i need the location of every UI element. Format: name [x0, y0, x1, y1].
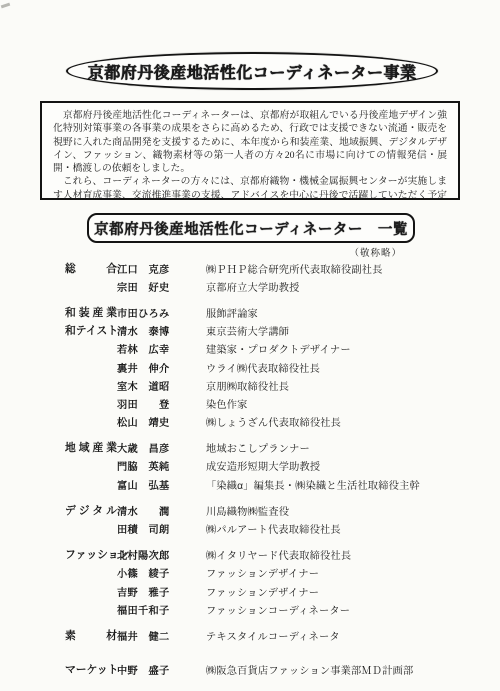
coordinator-list: 総 合江口 克彦㈱ＰＨＰ総合研究所代表取締役副社長宗田 好史京都府立大学助教授和…	[65, 259, 482, 679]
member-title: テキスタイルコーディネータ	[206, 628, 482, 643]
member-title: 服飾評論家	[206, 305, 482, 320]
coordinator-row: 地域産業大歳 昌彦地域おこしプランナー	[65, 439, 482, 457]
category-label: 地域産業	[65, 440, 117, 455]
member-title: ㈱阪急百貨店ファッション事業部ＭＤ計画部	[206, 662, 482, 677]
member-title: ウライ㈱代表取締役社長	[206, 360, 482, 375]
coordinator-row: 羽田 登染色作家	[65, 394, 482, 412]
coordinator-row: 吉野 雅子ファッションデザイナー	[65, 582, 482, 600]
member-name: 宗田 好史	[117, 279, 206, 294]
member-name: 清水 潤	[117, 503, 206, 518]
member-title: 東京芸術大学講師	[206, 323, 482, 338]
category-label: ファッション	[65, 547, 117, 562]
category-label: 和装産業	[65, 305, 117, 320]
coordinator-row: ファッション北村陽次郎㈱イタリヤード代表取締役社長	[65, 546, 482, 564]
member-name: 富山 弘基	[117, 477, 206, 492]
coordinator-section: 素 材福井 健二テキスタイルコーディネータ	[65, 626, 482, 644]
member-title: ㈱ＰＨＰ総合研究所代表取締役副社長	[206, 261, 482, 276]
category-label: デジタル	[65, 503, 117, 518]
member-title: 地域おこしプランナー	[206, 440, 482, 455]
member-name: 門脇 英純	[117, 458, 206, 473]
coordinator-section: 地域産業大歳 昌彦地域おこしプランナー門脇 英純成安造形短期大学助教授富山 弘基…	[65, 439, 482, 494]
scan-artifact	[1, 3, 10, 9]
coordinator-row: マーケット中野 盛子㈱阪急百貨店ファッション事業部ＭＤ計画部	[65, 661, 482, 679]
coordinator-row: 小篠 綾子ファッションデザイナー	[65, 564, 482, 582]
coordinator-row: 和装産業市田ひろみ服飾評論家	[65, 303, 482, 321]
coordinator-row: 松山 靖史㈱しょうざん代表取締役社長	[65, 413, 482, 431]
coordinator-section: デジタル清水 潤川島織物㈱監査役田積 司朗㈱パルアート代表取締役社長	[65, 501, 482, 537]
member-name: 田積 司朗	[117, 521, 206, 536]
coordinator-row: 裏井 伸介ウライ㈱代表取締役社長	[65, 358, 482, 376]
member-name: 室木 道昭	[117, 378, 206, 393]
category-label: 素 材	[65, 628, 117, 643]
title-ellipse: 京都府丹後産地活性化コーディネーター事業	[66, 52, 438, 90]
member-title: 京朋㈱取締役社長	[206, 378, 482, 393]
coordinator-row: 総 合江口 克彦㈱ＰＨＰ総合研究所代表取締役副社長	[65, 259, 482, 277]
coordinator-row: デジタル清水 潤川島織物㈱監査役	[65, 501, 482, 519]
member-name: 清水 泰博	[117, 323, 206, 338]
member-title: 建築家・プロダクトデザイナー	[206, 341, 482, 356]
coordinator-row: 和テイスト清水 泰博東京芸術大学講師	[65, 322, 482, 340]
coordinator-row: 福田千和子ファッションコーディネーター	[65, 600, 482, 618]
coordinator-row: 富山 弘基「染織α」編集長・㈱染織と生活社取締役主幹	[65, 475, 482, 493]
coordinator-row: 宗田 好史京都府立大学助教授	[65, 277, 482, 295]
member-name: 小篠 綾子	[117, 565, 206, 580]
coordinator-row: 素 材福井 健二テキスタイルコーディネータ	[65, 626, 482, 644]
member-name: 福井 健二	[117, 628, 206, 643]
document-page: 京都府丹後産地活性化コーディネーター事業 京都府丹後産地活性化コーディネーターは…	[0, 0, 500, 691]
member-title: 川島織物㈱監査役	[206, 503, 482, 518]
member-name: 若林 広幸	[117, 341, 206, 356]
member-name: 中野 盛子	[117, 662, 206, 677]
category-label: 総 合	[65, 261, 117, 276]
member-title: 「染織α」編集長・㈱染織と生活社取締役主幹	[206, 477, 482, 492]
coordinator-section: 和装産業市田ひろみ服飾評論家	[65, 303, 482, 321]
page-title: 京都府丹後産地活性化コーディネーター事業	[88, 60, 417, 83]
intro-box: 京都府丹後産地活性化コーディネーターは、京都府が取組んでいる丹後産地デザイン強化…	[40, 101, 460, 200]
coordinator-section: 和テイスト清水 泰博東京芸術大学講師若林 広幸建築家・プロダクトデザイナー裏井 …	[65, 322, 482, 431]
member-title: ㈱パルアート代表取締役社長	[206, 521, 482, 536]
list-heading: 京都府丹後産地活性化コーディネーター 一覧	[94, 218, 408, 239]
coordinator-row: 田積 司朗㈱パルアート代表取締役社長	[65, 519, 482, 537]
honorifics-note: （敬称略）	[88, 245, 402, 259]
coordinator-row: 門脇 英純成安造形短期大学助教授	[65, 457, 482, 475]
coordinator-section: マーケット中野 盛子㈱阪急百貨店ファッション事業部ＭＤ計画部	[65, 661, 482, 679]
category-label: マーケット	[65, 662, 117, 677]
intro-paragraph-1: 京都府丹後産地活性化コーディネーターは、京都府が取組んでいる丹後産地デザイン強化…	[53, 109, 447, 175]
member-name: 大歳 昌彦	[117, 440, 206, 455]
intro-paragraph-2: これら、コーディネーターの方々には、京都府織物・機械金属振興センターが実施します…	[53, 175, 447, 200]
category-label: 和テイスト	[65, 323, 117, 338]
member-title: ファッションデザイナー	[206, 584, 482, 599]
coordinator-row: 若林 広幸建築家・プロダクトデザイナー	[65, 340, 482, 358]
member-title: 成安造形短期大学助教授	[206, 458, 482, 473]
member-title: 染色作家	[206, 396, 482, 411]
member-title: ㈱イタリヤード代表取締役社長	[206, 547, 482, 562]
coordinator-row: 室木 道昭京朋㈱取締役社長	[65, 376, 482, 394]
member-title: ファッションコーディネーター	[206, 602, 482, 617]
list-heading-box: 京都府丹後産地活性化コーディネーター 一覧	[87, 213, 415, 243]
member-name: 市田ひろみ	[117, 305, 206, 320]
member-name: 松山 靖史	[117, 414, 206, 429]
member-name: 裏井 伸介	[117, 360, 206, 375]
coordinator-section: ファッション北村陽次郎㈱イタリヤード代表取締役社長小篠 綾子ファッションデザイナ…	[65, 546, 482, 619]
member-name: 江口 克彦	[117, 261, 206, 276]
member-name: 吉野 雅子	[117, 584, 206, 599]
member-name: 北村陽次郎	[117, 547, 206, 562]
member-name: 福田千和子	[117, 602, 206, 617]
member-title: ファッションデザイナー	[206, 565, 482, 580]
member-title: 京都府立大学助教授	[206, 279, 482, 294]
member-name: 羽田 登	[117, 396, 206, 411]
coordinator-section: 総 合江口 克彦㈱ＰＨＰ総合研究所代表取締役副社長宗田 好史京都府立大学助教授	[65, 259, 482, 295]
member-title: ㈱しょうざん代表取締役社長	[206, 414, 482, 429]
